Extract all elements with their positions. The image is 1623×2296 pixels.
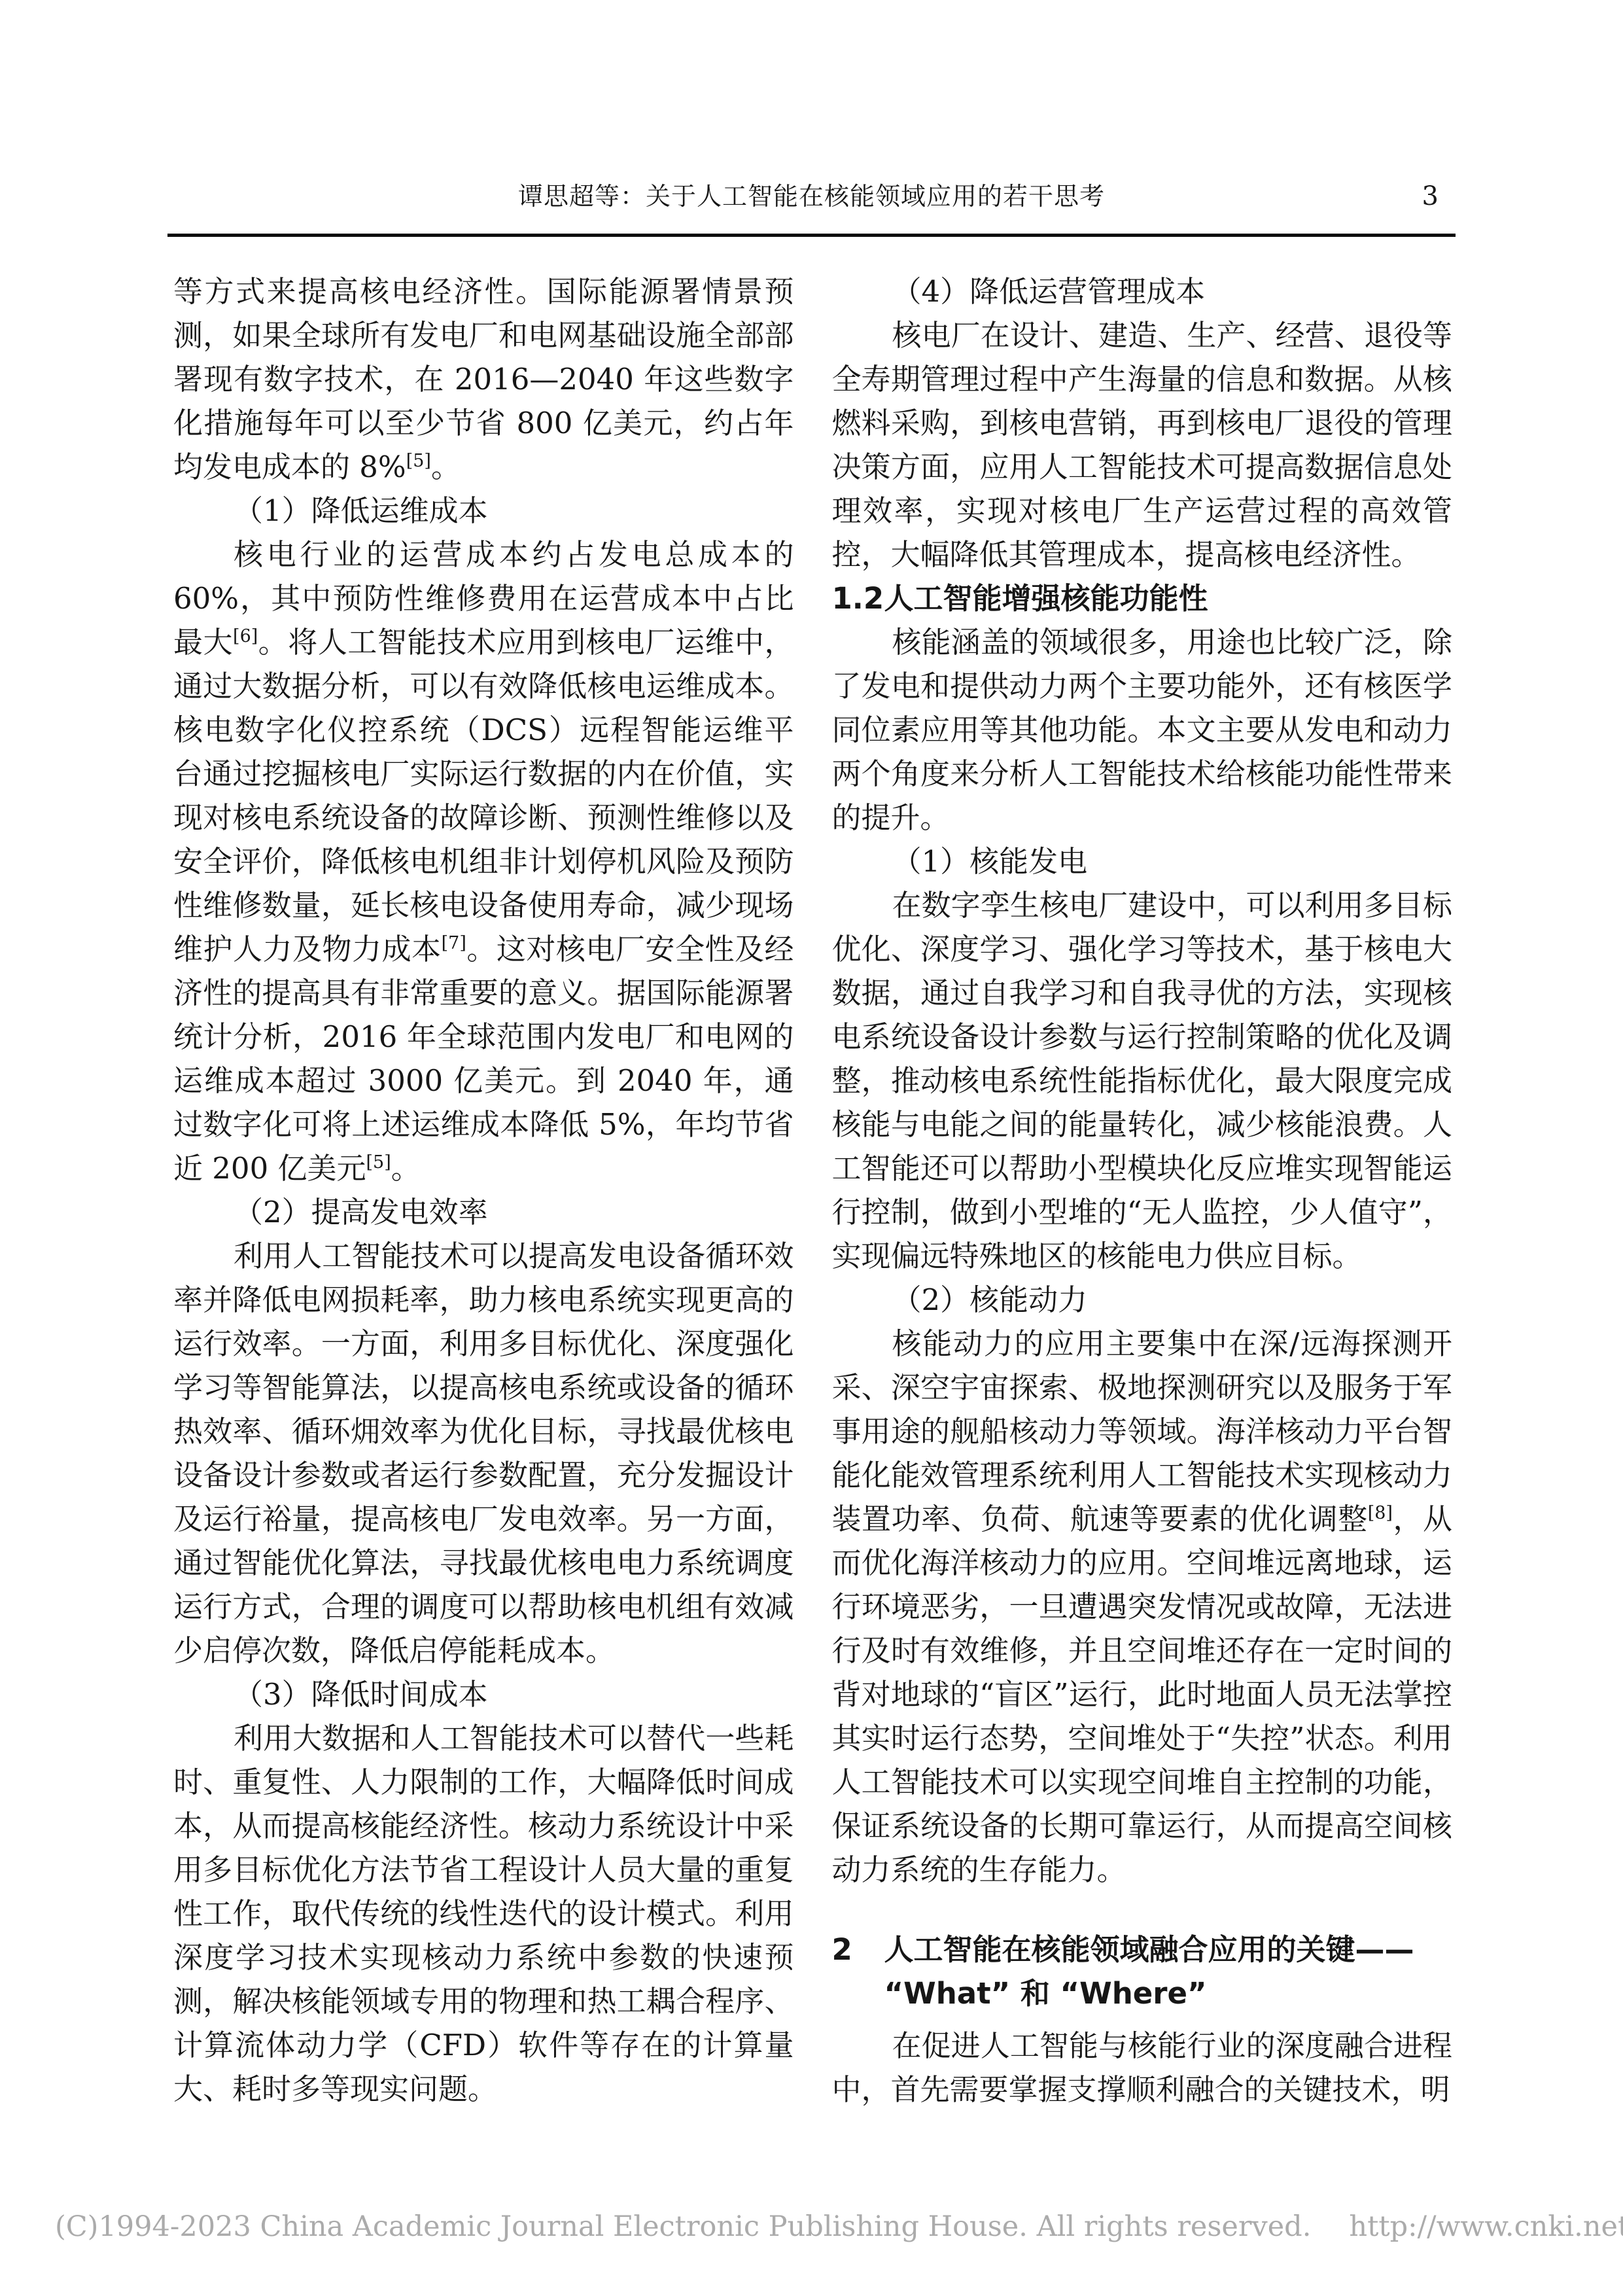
page-number: 3 xyxy=(1422,178,1439,215)
section-title-line: “What” 和 “Where” xyxy=(884,1971,1453,2015)
section-title-line: 人工智能在核能领域融合应用的关键—— xyxy=(884,1928,1453,1971)
header-rule xyxy=(167,234,1456,237)
text-run: （3）降低时间成本 xyxy=(234,1677,488,1712)
paragraph: 在数字孪生核电厂建设中，可以利用多目标优化、深度学习、强化学习等技术，基于核电大… xyxy=(832,883,1453,1278)
journal-page: 谭思超等：关于人工智能在核能领域应用的若干思考 3 等方式来提高核电经济性。国际… xyxy=(0,0,1623,2296)
text-run: （2）提高发电效率 xyxy=(234,1195,488,1229)
running-head: 谭思超等：关于人工智能在核能领域应用的若干思考 3 xyxy=(171,178,1452,221)
running-head-title: 谭思超等：关于人工智能在核能领域应用的若干思考 xyxy=(171,178,1452,215)
item-heading-reduce-om-cost: （1）降低运维成本 xyxy=(173,489,794,533)
paragraph: 核能动力的应用主要集中在深/远海探测开采、深空宇宙探索、极地探测研究以及服务于军… xyxy=(832,1322,1453,1892)
item-heading-nuclear-power-generation: （1）核能发电 xyxy=(832,839,1453,883)
section-number: 1.2 xyxy=(832,576,884,620)
paragraph: 利用人工智能技术可以提高发电设备循环效率并降低电网损耗率，助力核电系统实现更高的… xyxy=(173,1234,794,1672)
text-run: 核电厂在设计、建造、生产、经营、退役等全寿期管理过程中产生海量的信息和数据。从核… xyxy=(832,318,1453,572)
copyright-text: (C)1994-2023 China Academic Journal Elec… xyxy=(55,2210,1311,2243)
citation-ref: [7] xyxy=(442,933,466,953)
item-heading-nuclear-propulsion: （2）核能动力 xyxy=(832,1278,1453,1322)
paragraph-continued: 等方式来提高核电经济性。国际能源署情景预测，如果全球所有发电厂和电网基础设施全部… xyxy=(173,270,794,489)
citation-ref: [5] xyxy=(366,1152,391,1173)
citation-ref: [8] xyxy=(1368,1503,1393,1523)
paragraph: 利用大数据和人工智能技术可以替代一些耗时、重复性、人力限制的工作，大幅降低时间成… xyxy=(173,1716,794,2111)
section-title: 人工智能增强核能功能性 xyxy=(884,576,1453,620)
citation-ref: [5] xyxy=(406,451,431,471)
section-heading-1-2: 1.2人工智能增强核能功能性 xyxy=(832,576,1453,620)
item-heading-improve-generation-efficiency: （2）提高发电效率 xyxy=(173,1190,794,1234)
section-title-line: 人工智能增强核能功能性 xyxy=(884,576,1453,620)
left-column: 等方式来提高核电经济性。国际能源署情景预测，如果全球所有发电厂和电网基础设施全部… xyxy=(173,270,794,2111)
section-number: 2 xyxy=(832,1928,884,2015)
item-heading-reduce-management-cost: （4）降低运营管理成本 xyxy=(832,270,1453,313)
citation-ref: [6] xyxy=(233,626,258,646)
paragraph: 核能涵盖的领域很多，用途也比较广泛，除了发电和提供动力两个主要功能外，还有核医学… xyxy=(832,620,1453,839)
text-run: 。将人工智能技术应用到核电厂运维中，通过大数据分析，可以有效降低核电运维成本。核… xyxy=(173,625,794,966)
text-run: ，从而优化海洋核动力的应用。空间堆远离地球，运行环境恶劣，一旦遭遇突发情况或故障… xyxy=(832,1502,1453,1887)
right-column: （4）降低运营管理成本核电厂在设计、建造、生产、经营、退役等全寿期管理过程中产生… xyxy=(832,270,1453,2111)
text-run: 。这对核电厂安全性及经济性的提高具有非常重要的意义。据国际能源署统计分析，201… xyxy=(173,932,794,1186)
article-body: 等方式来提高核电经济性。国际能源署情景预测，如果全球所有发电厂和电网基础设施全部… xyxy=(173,270,1452,2111)
item-heading-reduce-time-cost: （3）降低时间成本 xyxy=(173,1672,794,1716)
paragraph: 核电行业的运营成本约占发电总成本的 60%，其中预防性维修费用在运营成本中占比最… xyxy=(173,533,794,1190)
text-run: 利用人工智能技术可以提高发电设备循环效率并降低电网损耗率，助力核电系统实现更高的… xyxy=(173,1239,794,1668)
text-run: （4）降低运营管理成本 xyxy=(892,274,1206,309)
cnki-url-link[interactable]: http://www.cnki.net xyxy=(1349,2210,1623,2243)
text-run: （1）降低运维成本 xyxy=(234,493,488,528)
text-run: （2）核能动力 xyxy=(892,1282,1088,1317)
text-run: 核能涵盖的领域很多，用途也比较广泛，除了发电和提供动力两个主要功能外，还有核医学… xyxy=(832,625,1453,835)
text-run: 核能动力的应用主要集中在深/远海探测开采、深空宇宙探索、极地探测研究以及服务于军… xyxy=(832,1326,1453,1536)
paragraph: 在促进人工智能与核能行业的深度融合进程中，首先需要掌握支撑顺利融合的关键技术，明 xyxy=(832,2024,1453,2111)
text-run: 。 xyxy=(431,450,461,484)
text-run: 在数字孪生核电厂建设中，可以利用多目标优化、深度学习、强化学习等技术，基于核电大… xyxy=(832,888,1453,1273)
section-heading-2: 2人工智能在核能领域融合应用的关键——“What” 和 “Where” xyxy=(832,1928,1453,2015)
text-run: 。 xyxy=(391,1151,421,1186)
page-footer: (C)1994-2023 China Academic Journal Elec… xyxy=(55,2208,1584,2246)
paragraph: 核电厂在设计、建造、生产、经营、退役等全寿期管理过程中产生海量的信息和数据。从核… xyxy=(832,313,1453,576)
text-run: （1）核能发电 xyxy=(892,844,1088,879)
text-run: 等方式来提高核电经济性。国际能源署情景预测，如果全球所有发电厂和电网基础设施全部… xyxy=(173,274,794,484)
section-title: 人工智能在核能领域融合应用的关键——“What” 和 “Where” xyxy=(884,1928,1453,2015)
text-run: 利用大数据和人工智能技术可以替代一些耗时、重复性、人力限制的工作，大幅降低时间成… xyxy=(173,1721,794,2106)
text-run: 在促进人工智能与核能行业的深度融合进程中，首先需要掌握支撑顺利融合的关键技术，明 xyxy=(832,2028,1453,2107)
